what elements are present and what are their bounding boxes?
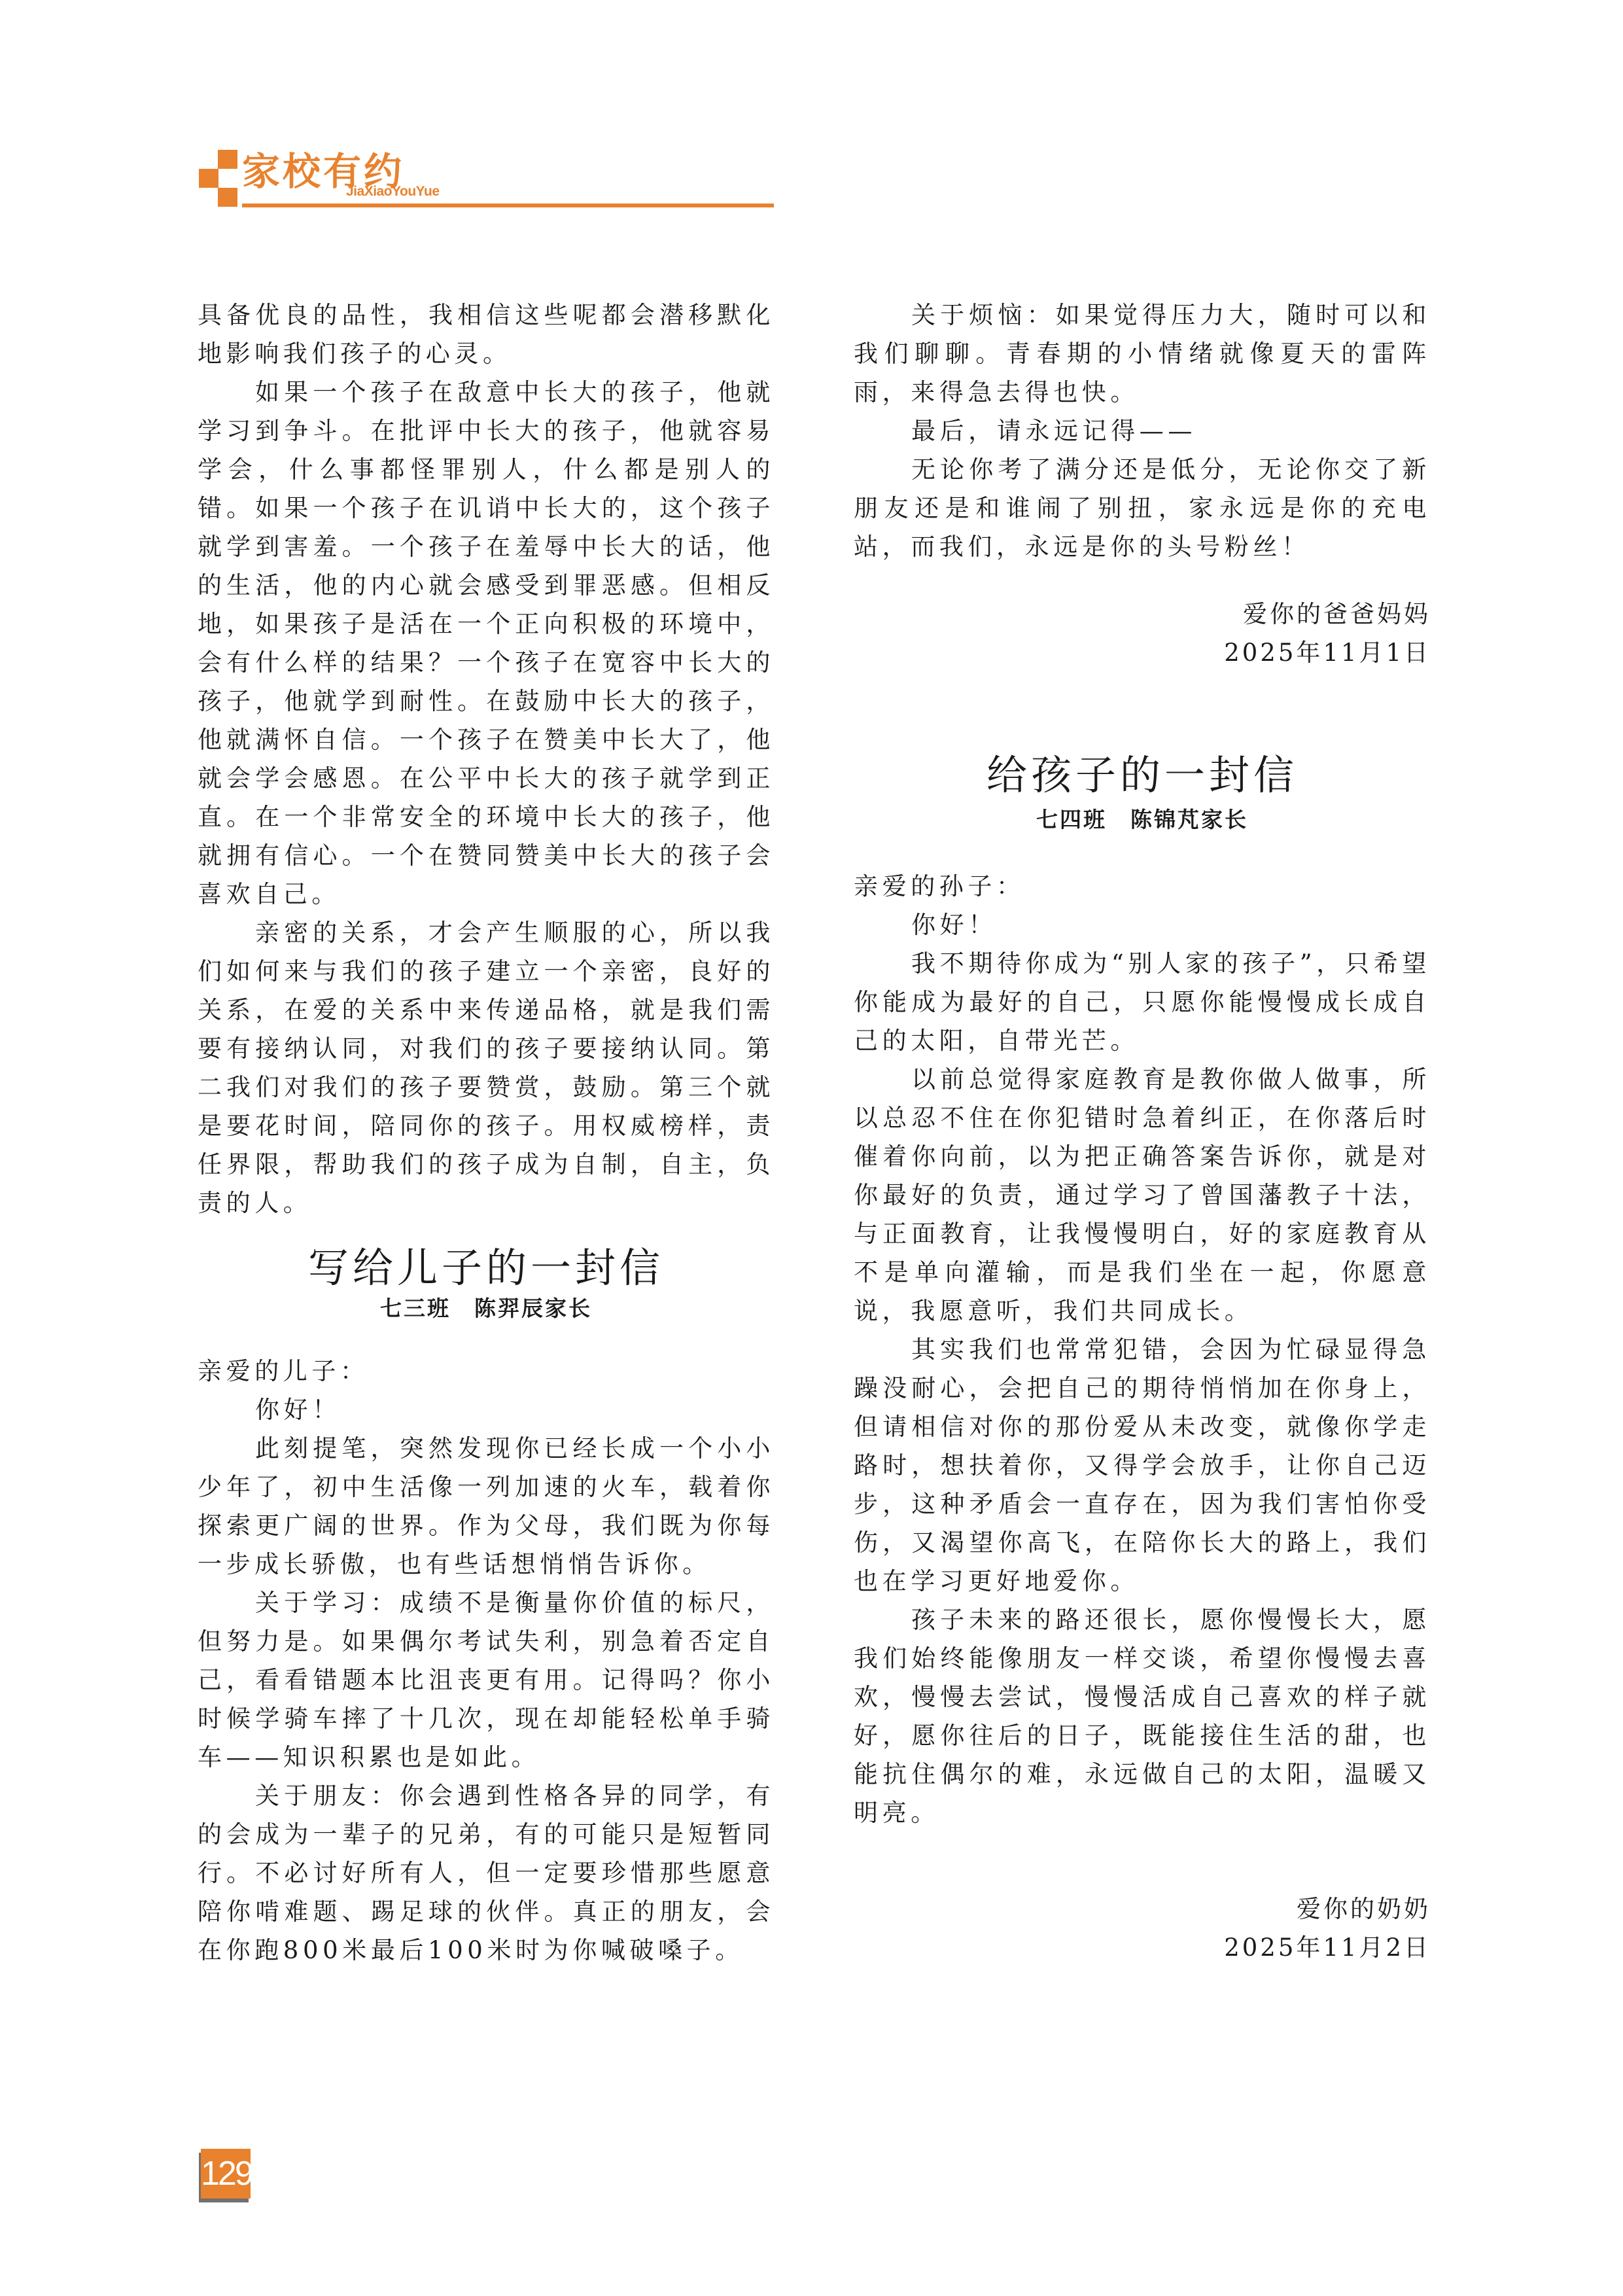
logo-square-top <box>218 150 237 169</box>
letter-date: 2025年11月1日 <box>854 633 1431 672</box>
body-paragraph: 关于朋友：你会遇到性格各异的同学，有的会成为一辈子的兄弟，有的可能只是短暂同行。… <box>198 1776 775 1969</box>
letter-greeting: 你好！ <box>198 1390 775 1429</box>
letter-salutation: 亲爱的儿子： <box>198 1352 775 1390</box>
body-paragraph: 如果一个孩子在敌意中长大的孩子，他就学习到争斗。在批评中长大的孩子，他就容易学会… <box>198 373 775 913</box>
article-byline: 七四班 陈锦芃家长 <box>854 805 1431 834</box>
logo-square-middle <box>199 169 218 188</box>
article-title: 给孩子的一封信 <box>854 749 1431 802</box>
header-divider <box>242 203 774 207</box>
body-paragraph: 亲密的关系，才会产生顺服的心，所以我们如何来与我们的孩子建立一个亲密，良好的关系… <box>198 913 775 1222</box>
section-subtitle: JiaXiaoYouYue <box>346 183 440 200</box>
article-byline: 七三班 陈羿辰家长 <box>198 1294 775 1323</box>
body-paragraph: 以前总觉得家庭教育是教你做人做事，所以总忍不住在你犯错时急着纠正，在你落后时催着… <box>854 1060 1431 1330</box>
logo-square-bottom <box>218 188 237 207</box>
body-paragraph: 具备优良的品性，我相信这些呢都会潜移默化地影响我们孩子的心灵。 <box>198 296 775 373</box>
body-paragraph: 我不期待你成为“别人家的孩子”，只希望你能成为最好的自己，只愿你能慢慢成长成自己… <box>854 944 1431 1060</box>
left-column: 具备优良的品性，我相信这些呢都会潜移默化地影响我们孩子的心灵。 如果一个孩子在敌… <box>198 296 775 1969</box>
body-paragraph: 此刻提笔，突然发现你已经长成一个小小少年了，初中生活像一列加速的火车，载着你探索… <box>198 1429 775 1583</box>
body-paragraph: 无论你考了满分还是低分，无论你交了新朋友还是和谁闹了别扭，家永远是你的充电站，而… <box>854 450 1431 566</box>
letter-greeting: 你好！ <box>854 906 1431 944</box>
body-paragraph: 孩子未来的路还很长，愿你慢慢长大，愿我们始终能像朋友一样交谈，希望你慢慢去喜欢，… <box>854 1600 1431 1832</box>
body-paragraph: 最后，请永远记得—— <box>854 412 1431 450</box>
body-paragraph: 关于烦恼：如果觉得压力大，随时可以和我们聊聊。青春期的小情绪就像夏天的雷阵雨，来… <box>854 296 1431 412</box>
right-column: 关于烦恼：如果觉得压力大，随时可以和我们聊聊。青春期的小情绪就像夏天的雷阵雨，来… <box>854 296 1431 1967</box>
letter-signature: 爱你的奶奶 <box>854 1890 1431 1928</box>
letter-signature: 爱你的爸爸妈妈 <box>854 595 1431 633</box>
body-paragraph: 其实我们也常常犯错，会因为忙碌显得急躁没耐心，会把自己的期待悄悄加在你身上，但请… <box>854 1330 1431 1600</box>
section-header: 家校有约 JiaXiaoYouYue <box>0 0 1623 222</box>
article-title: 写给儿子的一封信 <box>198 1242 775 1294</box>
letter-salutation: 亲爱的孙子： <box>854 867 1431 906</box>
page-number: 129 <box>201 2149 251 2199</box>
body-paragraph: 关于学习：成绩不是衡量你价值的标尺，但努力是。如果偶尔考试失利，别急着否定自己，… <box>198 1583 775 1776</box>
letter-date: 2025年11月2日 <box>854 1928 1431 1967</box>
